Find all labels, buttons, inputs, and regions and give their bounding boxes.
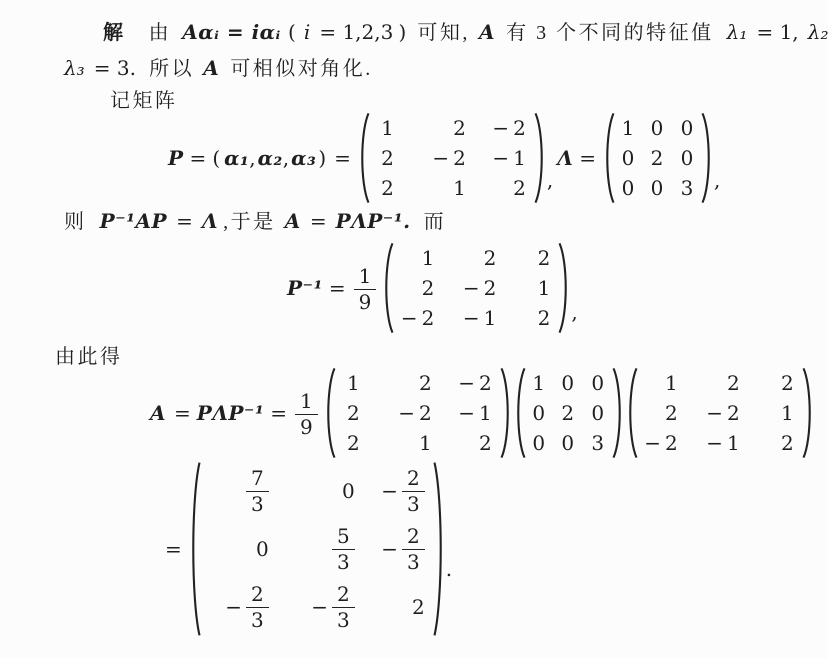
matrix-P-inverse-grid: 1222−21−2−12 [638,367,802,459]
matrix-cell: −2 [638,428,686,458]
matrix-left-paren-icon [513,367,526,459]
matrix-P: 12−22−2−1212 [323,367,513,459]
fraction: 23 [402,526,425,573]
matrix-cell: 1 [638,368,686,398]
matrix-cell: −23 [363,520,433,578]
fraction: 73 [246,468,269,515]
text-run: 可知, [417,22,470,44]
matrix-left-paren-icon [323,367,336,459]
matrix-cell: 0 [615,173,641,203]
matrix-cell: −2 [442,273,504,303]
matrix-right-paren-icon [500,367,513,459]
matrix-right-paren-icon [612,367,625,459]
lambda-3-value: = 3. [94,56,136,80]
alpha-2: α₂ [258,146,283,170]
matrix-cell: 2 [552,398,584,428]
lambda-1: λ₁ [727,20,748,44]
matrix-left-paren-icon [381,242,394,334]
equals-sign: = [165,537,182,561]
matrix-cell: 0 [552,428,584,458]
matrix-cell: 2 [686,368,748,398]
matrix-cell: 2 [336,428,368,458]
text-run: 由 [149,22,172,44]
matrix-cell: 0 [526,428,552,458]
matrix-cell: −2 [440,368,500,398]
matrix-cell: 2 [504,243,558,273]
coefficient-fraction: 19 [354,264,377,313]
matrix-cell: −2 [394,303,442,333]
paren: ( [288,20,296,44]
equation-A-product: A = PΛP⁻¹ = 19 12−22−2−1212 100020003 12… [150,366,815,460]
matrix-cell: −23 [363,462,433,520]
matrix-cell: 2 [748,368,802,398]
lambda-2: λ₂ [808,20,828,44]
matrix-P-inverse: 1222−21−2−12 [381,242,571,334]
matrix-cell: 2 [638,398,686,428]
index-values: = 1,2,3 [319,20,393,44]
matrix-cell: 0 [526,398,552,428]
solution-line-5: 由此得 [55,340,123,369]
decomposition-expression: PΛP⁻¹. [336,209,411,233]
comma: , [571,300,577,324]
matrix-left-paren-icon [188,460,201,638]
matrix-cell: 2 [336,398,368,428]
matrix-left-paren-icon [602,112,615,204]
matrix-P-grid: 12−22−2−1212 [370,112,534,204]
matrix-cell: 0 [641,173,673,203]
text-run: ,于是 [223,211,276,233]
matrix-cell: 0 [201,520,277,578]
matrix-cell: −23 [277,578,363,636]
matrix-cell: 1 [526,368,552,398]
solution-line-2: λ₃ = 3. 所以 A 可相似对角化. [64,52,373,81]
matrix-cell: 0 [615,143,641,173]
matrix-cell: 0 [552,368,584,398]
matrix-cell: 2 [402,113,474,143]
matrix-Lambda-symbol: Λ [202,209,218,233]
matrix-Lambda-symbol: Λ [557,146,573,170]
matrix-cell: 1 [368,428,440,458]
eigen-equation: Aαᵢ = iαᵢ [182,20,281,44]
matrix-result-grid: 730−23053−23−23−232 [201,460,433,638]
matrix-right-paren-icon [433,460,446,638]
matrix-cell: 2 [474,173,534,203]
matrix-cell: 2 [504,303,558,333]
paren: ) [398,20,406,44]
matrix-right-paren-icon [701,112,714,204]
scanned-math-solution-page: 解 由 Aαᵢ = iαᵢ ( i = 1,2,3 ) 可知, A 有 3 个不… [0,0,828,658]
matrix-A-symbol: A [203,56,219,80]
matrix-right-paren-icon [558,242,571,334]
matrix-cell: 1 [394,243,442,273]
equation-P-Lambda: P = ( α₁ , α₂ , α₃ ) = 12−22−2−1212 , Λ … [168,110,720,206]
text-run: 则 [64,211,87,233]
matrix-cell: 2 [370,173,402,203]
matrix-Lambda: 100020003 [513,367,625,459]
paren: ) [318,146,326,170]
equals-sign: = [174,401,191,425]
equals-sign: = [579,146,596,170]
matrix-Lambda-grid: 100020003 [615,112,701,204]
comma: , [283,146,289,170]
similarity-expression: P⁻¹AP [100,209,167,233]
equals-sign: = [190,146,207,170]
equals-sign: = [176,209,193,233]
matrix-cell: 53 [277,520,363,578]
matrix-Lambda: 100020003 [602,112,714,204]
matrix-cell: 3 [673,173,701,203]
matrix-P: 12−22−2−1212 [357,112,547,204]
paren: ( [212,146,220,170]
matrix-cell: 2 [442,243,504,273]
fraction: 19 [295,391,318,438]
matrix-P-symbol: P [168,146,184,170]
matrix-cell: 2 [370,143,402,173]
matrix-right-paren-icon [802,367,815,459]
matrix-left-paren-icon [357,112,370,204]
text-run: 由此得 [55,346,123,368]
solution-line-3: 记矩阵 [110,84,178,113]
text-run: 有 3 个不同的特征值 [506,22,714,44]
fraction: 19 [354,266,377,313]
matrix-P-inverse-grid: 1222−21−2−12 [394,242,558,334]
matrix-cell: 0 [673,143,701,173]
alpha-3: α₃ [291,146,316,170]
matrix-cell: 73 [201,462,277,520]
matrix-cell: 0 [584,368,612,398]
matrix-cell: 1 [615,113,641,143]
matrix-cell: −1 [686,428,748,458]
equation-P-inverse: P⁻¹ = 19 1222−21−2−12 , [287,238,578,338]
equals-sign: = [270,401,287,425]
matrix-A-symbol: A [285,209,301,233]
solve-label: 解 [103,22,126,44]
matrix-cell: 2 [363,578,433,636]
matrix-cell: 2 [368,368,440,398]
lambda-3: λ₃ [64,56,85,80]
matrix-cell: 1 [336,368,368,398]
matrix-cell: −2 [686,398,748,428]
matrix-Lambda-grid: 100020003 [526,367,612,459]
matrix-cell: 3 [584,428,612,458]
coefficient-fraction: 19 [295,389,318,438]
equals-sign: = [334,146,351,170]
alpha-1: α₁ [224,146,249,170]
text-run: 记矩阵 [110,90,178,112]
matrix-P-inverse: 1222−21−2−12 [625,367,815,459]
matrix-cell: 2 [641,143,673,173]
fraction: 23 [402,468,425,515]
matrix-cell: −2 [402,143,474,173]
matrix-A-symbol: A [150,401,166,425]
decomposition-expression: PΛP⁻¹ [197,401,264,425]
matrix-cell: 2 [440,428,500,458]
matrix-cell: 1 [748,398,802,428]
matrix-cell: 2 [748,428,802,458]
matrix-cell: 0 [277,462,363,520]
matrix-cell: −1 [474,143,534,173]
matrix-cell: 0 [584,398,612,428]
matrix-cell: −1 [442,303,504,333]
index-var: i [304,20,310,44]
equals-sign: = [329,276,346,300]
matrix-left-paren-icon [625,367,638,459]
text-run: 可相似对角化. [230,58,373,80]
text-run: 而 [424,211,447,233]
matrix-cell: 2 [394,273,442,303]
matrix-cell: −23 [201,578,277,636]
matrix-cell: 0 [673,113,701,143]
lambda-1-value: = 1, [756,20,798,44]
matrix-cell: −2 [474,113,534,143]
text-run: 所以 [149,58,194,80]
solution-line-4: 则 P⁻¹AP = Λ ,于是 A = PΛP⁻¹. 而 [64,205,446,234]
fraction: 23 [246,584,269,631]
equals-sign: = [310,209,327,233]
comma: , [714,168,720,192]
matrix-cell: 1 [370,113,402,143]
matrix-cell: 0 [641,113,673,143]
matrix-right-paren-icon [534,112,547,204]
matrix-A-symbol: A [479,20,495,44]
fraction: 53 [332,526,355,573]
matrix-cell: −2 [368,398,440,428]
equation-result: = 730−23053−23−23−232 . [165,458,452,640]
comma: , [547,168,553,192]
matrix-cell: 1 [402,173,474,203]
matrix-result: 730−23053−23−23−232 [188,460,446,638]
fraction: 23 [332,584,355,631]
matrix-cell: 1 [504,273,558,303]
period: . [446,557,452,581]
matrix-cell: −1 [440,398,500,428]
matrix-P-grid: 12−22−2−1212 [336,367,500,459]
comma: , [249,146,255,170]
solution-line-1: 解 由 Aαᵢ = iαᵢ ( i = 1,2,3 ) 可知, A 有 3 个不… [103,16,828,45]
matrix-P-inverse-symbol: P⁻¹ [287,276,323,300]
